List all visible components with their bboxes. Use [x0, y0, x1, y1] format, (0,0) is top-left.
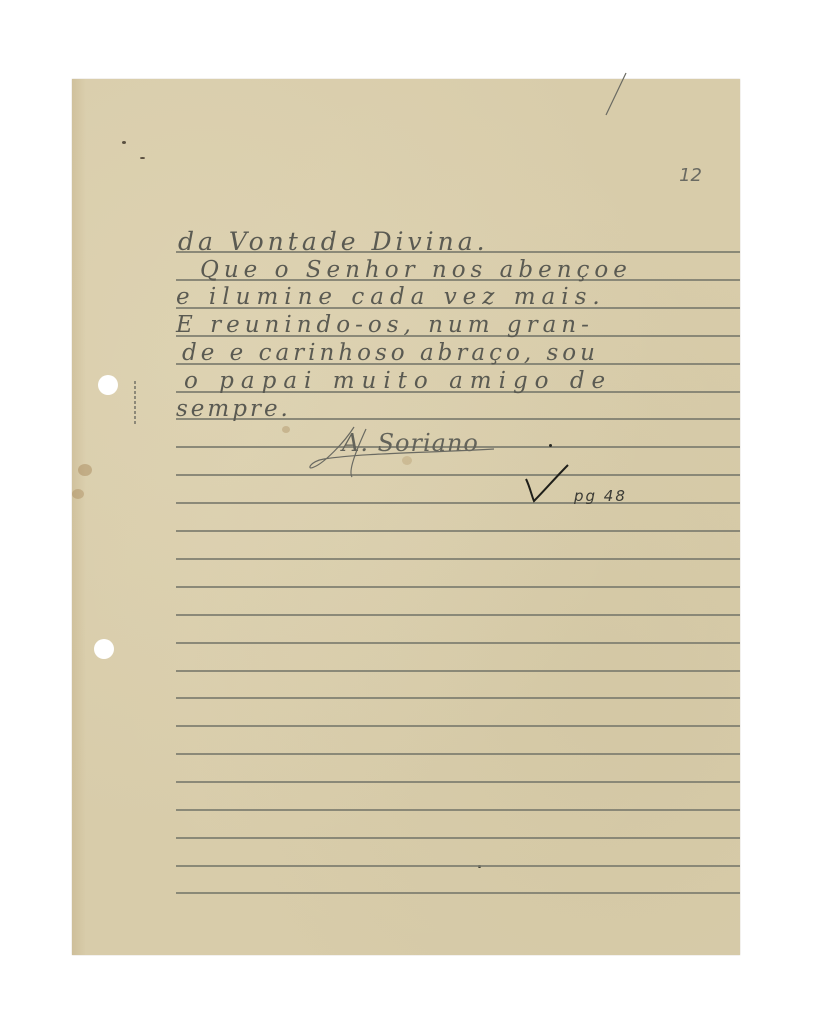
stain: [282, 426, 290, 433]
speck: [140, 157, 145, 159]
speck: [122, 141, 126, 144]
page-number: 12: [679, 165, 702, 186]
letter-line-4: E reunindo-os, num gran-: [176, 314, 594, 337]
letter-line-5: de e carinhoso abraço, sou: [182, 342, 599, 365]
letter-line-6: o papai muito amigo de: [184, 370, 612, 393]
letter-line-1: da Vontade Divina.: [178, 229, 489, 254]
ruled-line: [176, 502, 740, 504]
ruled-line: [176, 558, 740, 560]
ruled-line: [176, 809, 740, 811]
letter-line-2: Que o Senhor nos abençoe: [200, 259, 632, 282]
ruled-line: [176, 530, 740, 532]
signature-flourish: [304, 423, 504, 483]
ruled-line: [176, 753, 740, 755]
check-mark-icon: [522, 461, 572, 507]
letter-line-3: e ilumine cada vez mais.: [176, 286, 606, 309]
letter-page: 12 da Vontade Divina. Que o Senhor nos a…: [72, 79, 740, 955]
punch-hole-bottom: [94, 639, 114, 659]
punch-hole-top: [98, 375, 118, 395]
ruled-line: [176, 725, 740, 727]
ink-dot: [549, 444, 552, 447]
ruled-line: [176, 697, 740, 699]
ruled-line: [176, 781, 740, 783]
ruled-line: [176, 670, 740, 672]
ruled-line: [176, 892, 740, 894]
pencil-slash-mark: [602, 71, 632, 119]
ruled-line: [176, 865, 740, 867]
ruled-line: [176, 642, 740, 644]
ruled-line: [176, 614, 740, 616]
page-reference: pg 48: [574, 487, 627, 505]
letter-line-7: sempre.: [176, 398, 291, 421]
ruled-line: [176, 837, 740, 839]
margin-pencil-mark: [132, 379, 138, 429]
ruled-line: [176, 586, 740, 588]
stain: [78, 464, 92, 476]
stain: [72, 489, 84, 499]
